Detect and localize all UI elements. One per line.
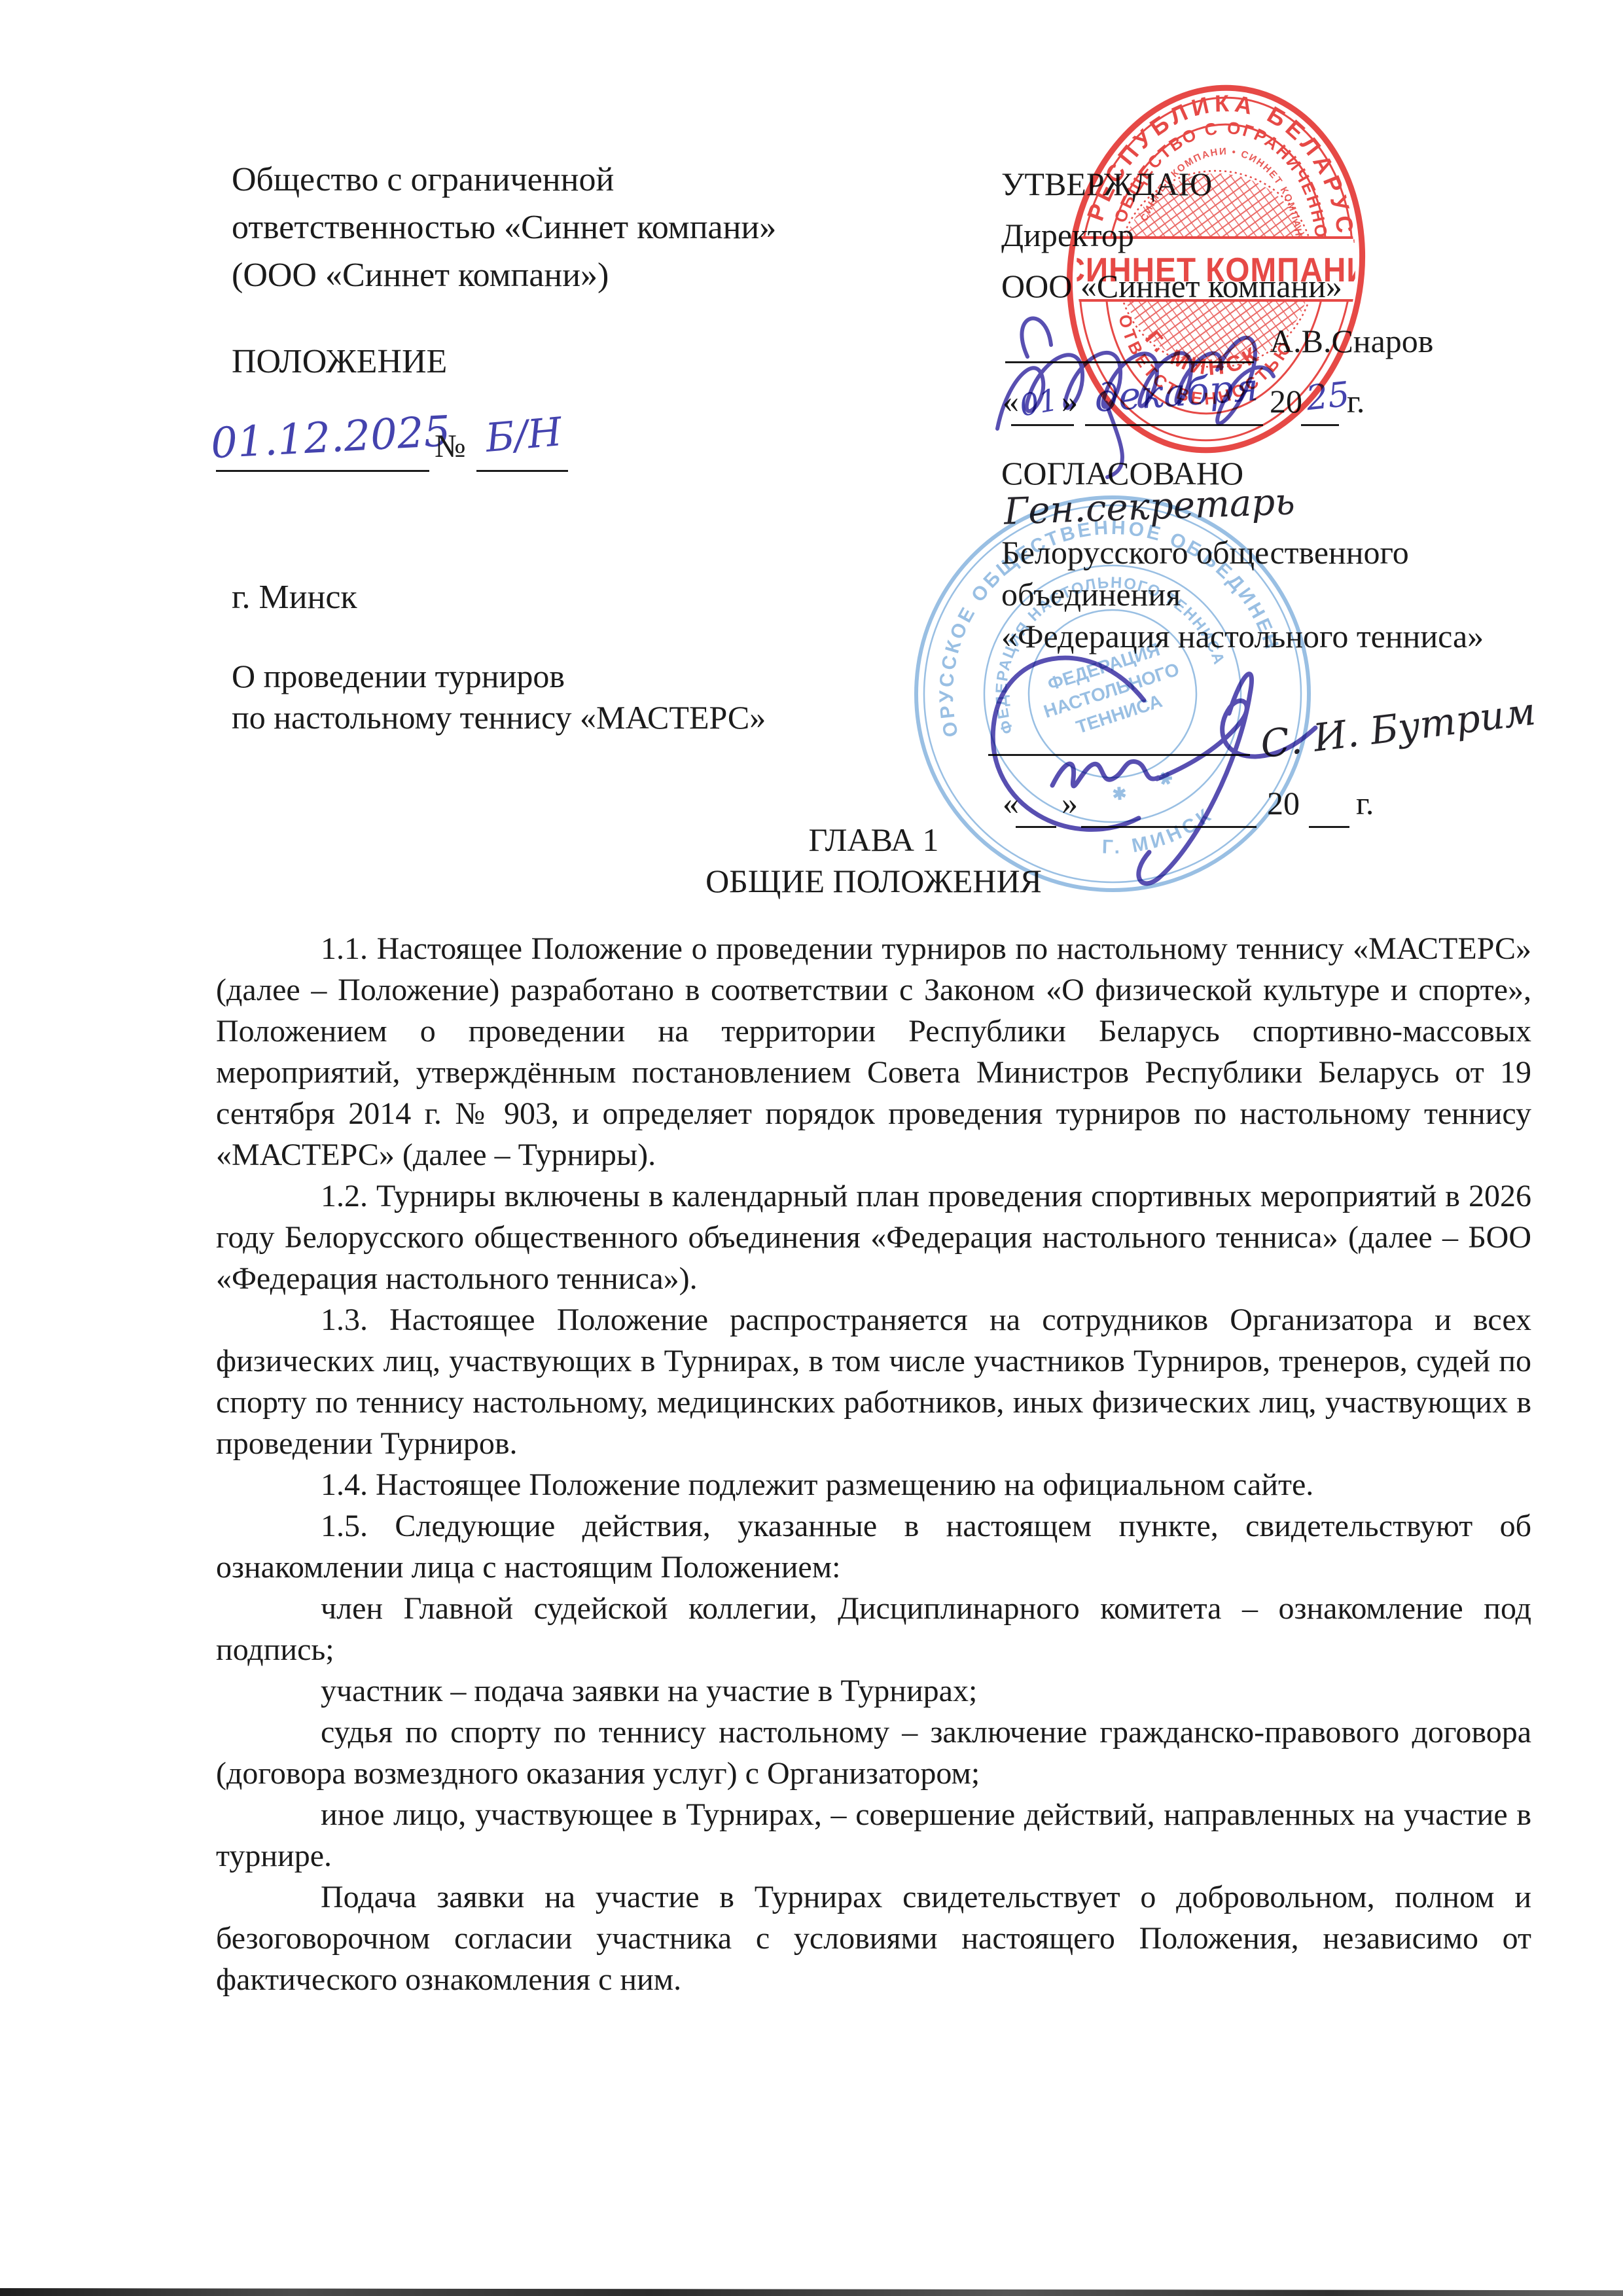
doc-city: г. Минск — [232, 573, 357, 621]
chapter-number: ГЛАВА 1 — [216, 819, 1531, 861]
body-paragraph: 1.3. Настоящее Положение распространяетс… — [216, 1299, 1531, 1464]
agree-signature-underline — [988, 754, 1250, 756]
body-paragraphs: 1.1. Настоящее Положение о проведении ту… — [216, 928, 1531, 2000]
body-paragraph: участник – подача заявки на участие в Ту… — [216, 1670, 1531, 1712]
agree-org-line: «Федерация настольного тенниса» — [1001, 615, 1484, 657]
svg-text:✱ ✱: ✱ ✱ — [1107, 765, 1179, 809]
body-paragraph: 1.4. Настоящее Положение подлежит размещ… — [216, 1464, 1531, 1505]
approve-date-year-underline — [1301, 424, 1339, 426]
doc-type-title: ПОЛОЖЕНИЕ — [232, 338, 447, 386]
body-paragraph: судья по спорту по теннису настольному –… — [216, 1712, 1531, 1794]
federation-stamp-inner-line3: ТЕННИСА — [1074, 691, 1165, 738]
federation-stamp-asterisks: ✱ ✱ — [1107, 765, 1179, 809]
scan-edge-artifact — [0, 2286, 1623, 2296]
org-name-block: Общество с ограниченной ответственностью… — [232, 156, 776, 299]
doc-subject-line: по настольному теннису «МАСТЕРС» — [232, 697, 766, 738]
body-paragraph: иное лицо, участвующее в Турнирах, – сов… — [216, 1794, 1531, 1876]
doc-subject-block: О проведении турниров по настольному тен… — [232, 656, 766, 738]
chapter-title: ОБЩИЕ ПОЛОЖЕНИЯ — [216, 861, 1531, 902]
document-page: Общество с ограниченной ответственностью… — [0, 0, 1623, 2296]
doc-date-handwritten: 01.12.2025 — [209, 407, 452, 468]
approve-date-day-handwritten: 01 — [1017, 382, 1061, 423]
doc-number-handwritten: Б/Н — [484, 409, 563, 461]
body-paragraph: 1.5. Следующие действия, указанные в нас… — [216, 1505, 1531, 1588]
body-paragraph: 1.1. Настоящее Положение о проведении ту… — [216, 928, 1531, 1175]
number-underline — [476, 470, 568, 472]
approve-date-day-underline — [1011, 424, 1074, 426]
approve-date-year-suffix: г. — [1347, 382, 1364, 420]
approve-block: УТВЕРЖДАЮ Директор ООО «Синнет компани» — [1001, 158, 1342, 312]
approve-date-year-prefix: 20 — [1270, 382, 1302, 420]
agree-org-line: объединения — [1001, 573, 1484, 615]
approve-date-month-underline — [1085, 424, 1263, 426]
approve-date-month-handwritten: декабря — [1093, 365, 1260, 420]
agree-date-quote-open: « — [1003, 784, 1019, 822]
agree-signer-name-handwritten: С. И. Бутрим — [1258, 689, 1538, 767]
date-underline — [216, 470, 429, 472]
doc-subject-line: О проведении турниров — [232, 656, 766, 697]
approve-signer-name: А.В.Снаров — [1270, 322, 1433, 360]
body-paragraph: 1.2. Турниры включены в календарный план… — [216, 1175, 1531, 1299]
federation-stamp-inner-line2: НАСТОЛЬНОГО — [1041, 659, 1182, 722]
agree-date-year-prefix: 20 — [1267, 784, 1300, 822]
approve-date-year-handwritten: 25 — [1304, 375, 1351, 419]
approve-title: УТВЕРЖДАЮ — [1001, 158, 1342, 209]
org-name-line: Общество с ограниченной — [232, 156, 776, 204]
org-name-line: (ООО «Синнет компани») — [232, 251, 776, 299]
approve-signature-underline — [1005, 361, 1254, 363]
doc-number-label: № — [435, 427, 466, 465]
body-paragraph: член Главной судейской коллегии, Дисципл… — [216, 1588, 1531, 1670]
approve-date-quote-close: » — [1061, 382, 1078, 420]
approve-role: Директор — [1001, 209, 1342, 260]
body-paragraph: Подача заявки на участие в Турнирах свид… — [216, 1876, 1531, 2000]
approve-org: ООО «Синнет компани» — [1001, 260, 1342, 312]
org-name-line: ответственностью «Синнет компани» — [232, 204, 776, 251]
agree-org-line: Белорусского общественного — [1001, 531, 1484, 573]
agree-date-year-suffix: г. — [1356, 784, 1374, 822]
agree-date-quote-close: » — [1061, 784, 1078, 822]
agree-org-block: Белорусского общественного объединения «… — [1001, 531, 1484, 657]
